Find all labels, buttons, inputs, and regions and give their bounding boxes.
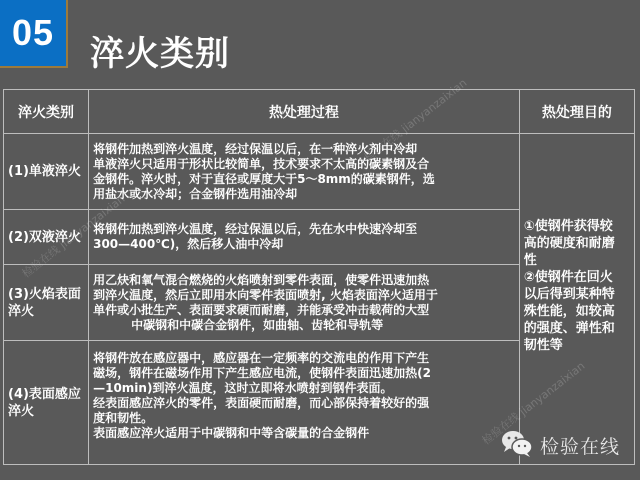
section-number-badge: 05 bbox=[0, 0, 68, 68]
page-title: 淬火类别 bbox=[90, 32, 230, 76]
wechat-icon bbox=[500, 428, 534, 462]
process-line: 经表面感应淬火的零件，表面硬而耐磨，而心部保持着较好的强 bbox=[93, 396, 515, 411]
process-cell: 将钢件加热到淬火温度，经过保温以后，在一种淬火剂中冷却 单液淬火只适用于形状比较… bbox=[89, 134, 520, 210]
purpose-line: 性 bbox=[524, 252, 630, 269]
type-label: 淬火 bbox=[8, 303, 84, 320]
type-cell: (1)单液淬火 bbox=[4, 134, 89, 210]
process-line: 到淬火温度，然后立即用水向零件表面喷射, 火焰表面淬火适用于 bbox=[93, 288, 515, 303]
table-row: (1)单液淬火 将钢件加热到淬火温度，经过保温以后，在一种淬火剂中冷却 单液淬火… bbox=[4, 134, 635, 210]
process-line: 单液淬火只适用于形状比较简单，技术要求不太高的碳素钢及合 bbox=[93, 157, 515, 172]
purpose-line: 以后得到某种特 bbox=[524, 286, 630, 303]
process-line: 将钢件加热到淬火温度，经过保温以后，先在水中快速冷却至 bbox=[93, 222, 515, 237]
purpose-line: ①使钢件获得较 bbox=[524, 218, 630, 235]
section-number: 05 bbox=[12, 12, 54, 54]
process-line: 表面感应淬火适用于中碳钢和中等含碳量的合金钢件 bbox=[93, 426, 515, 441]
brand-name: 检验在线 bbox=[540, 432, 620, 459]
process-line: 度和韧性。 bbox=[93, 411, 515, 426]
process-line: 磁场，钢件在磁场作用下产生感应电流，使钢件表面迅速加热(2 bbox=[93, 366, 515, 381]
process-line: 将钢件放在感应器中，感应器在一定频率的交流电的作用下产生 bbox=[93, 351, 515, 366]
table-header-row: 淬火类别 热处理过程 热处理目的 bbox=[4, 90, 635, 134]
process-cell: 将钢件放在感应器中，感应器在一定频率的交流电的作用下产生 磁场，钢件在磁场作用下… bbox=[89, 341, 520, 465]
type-cell: (3)火焰表面 淬火 bbox=[4, 265, 89, 341]
process-line: 中碳钢和中碳合金钢件，如曲轴、齿轮和导轨等 bbox=[93, 318, 515, 333]
purpose-line: 殊性能，如较高 bbox=[524, 303, 630, 320]
process-line: 用乙炔和氧气混合燃烧的火焰喷射到零件表面，使零件迅速加热 bbox=[93, 273, 515, 288]
process-cell: 将钢件加热到淬火温度，经过保温以后，先在水中快速冷却至 300—400℃)，然后… bbox=[89, 210, 520, 265]
brand-logo: 检验在线 bbox=[500, 428, 620, 462]
purpose-line: ②使钢件在回火 bbox=[524, 269, 630, 286]
process-line: —10min)到淬火温度，这时立即将水喷射到钢件表面。 bbox=[93, 381, 515, 396]
process-line: 单件或小批生产、表面要求硬而耐磨，并能承受冲击载荷的大型 bbox=[93, 303, 515, 318]
column-header-purpose: 热处理目的 bbox=[519, 90, 634, 134]
process-line: 300—400℃)，然后移人油中冷却 bbox=[93, 237, 515, 252]
type-label: 淬火 bbox=[8, 403, 84, 420]
column-header-process: 热处理过程 bbox=[89, 90, 520, 134]
column-header-type: 淬火类别 bbox=[4, 90, 89, 134]
type-label: (4)表面感应 bbox=[8, 386, 84, 403]
type-label: (2)双液淬火 bbox=[8, 229, 84, 246]
type-label: (1)单液淬火 bbox=[8, 163, 84, 180]
process-cell: 用乙炔和氧气混合燃烧的火焰喷射到零件表面，使零件迅速加热 到淬火温度，然后立即用… bbox=[89, 265, 520, 341]
purpose-cell: ①使钢件获得较 高的硬度和耐磨 性 ②使钢件在回火 以后得到某种特 殊性能，如较… bbox=[519, 134, 634, 465]
process-line: 金钢件。淬火时，对于直径或厚度大于5～8mm的碳素钢件，选 bbox=[93, 172, 515, 187]
process-line: 将钢件加热到淬火温度，经过保温以后，在一种淬火剂中冷却 bbox=[93, 142, 515, 157]
purpose-line: 高的硬度和耐磨 bbox=[524, 235, 630, 252]
type-cell: (4)表面感应 淬火 bbox=[4, 341, 89, 465]
quenching-types-table: 淬火类别 热处理过程 热处理目的 (1)单液淬火 将钢件加热到淬火温度，经过保温… bbox=[3, 89, 635, 465]
purpose-line: 韧性等 bbox=[524, 337, 630, 354]
purpose-line: 的强度、弹性和 bbox=[524, 320, 630, 337]
type-label: (3)火焰表面 bbox=[8, 286, 84, 303]
process-line: 用盐水或水冷却；合金钢件选用油冷却 bbox=[93, 187, 515, 202]
type-cell: (2)双液淬火 bbox=[4, 210, 89, 265]
